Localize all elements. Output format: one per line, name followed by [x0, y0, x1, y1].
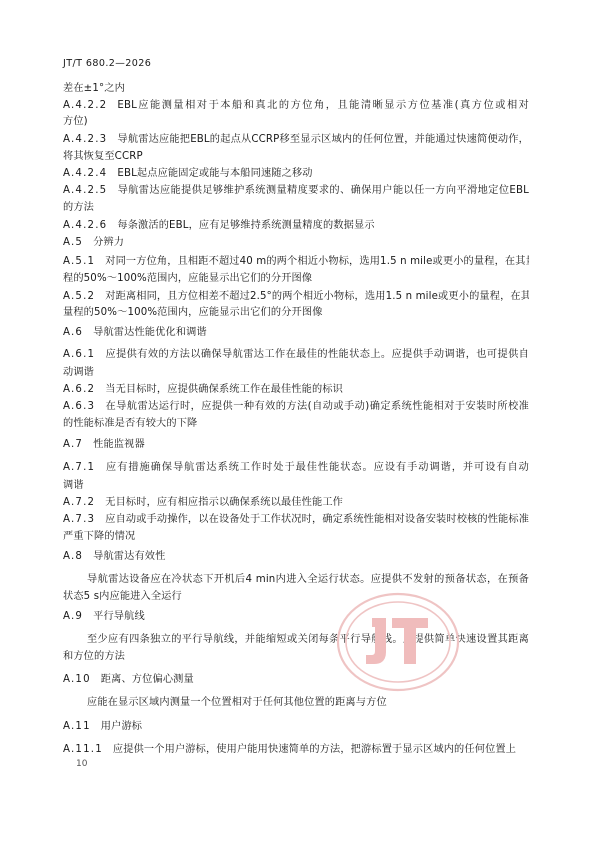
- clause-A-4-2-3: A.4.2.3导航雷达应能把EBL的起点从CCRP移至显示区域内的任何位置，并能…: [63, 133, 529, 147]
- clause-A-6-3-cont: 的性能标准是否有较大的下降: [63, 417, 529, 431]
- clause-A-5-2-cont: 量程的50%～100%范围内，应能显示出它们的分开图像: [63, 306, 529, 320]
- clause-A-4-2-3-cont: 将其恢复至CCRP: [63, 150, 529, 164]
- section-heading-A-7: A.7性能监视器: [63, 438, 529, 452]
- section-heading-A-10: A.10距离、方位偏心测量: [63, 673, 529, 687]
- section-heading-A-5: A.5分辨力: [63, 236, 529, 250]
- section-heading-A-8: A.8导航雷达有效性: [63, 550, 529, 564]
- paragraph-A-9: 至少应有四条独立的平行导航线，并能缩短或关闭每条平行导航线。应提供简单快速设置其…: [87, 633, 529, 647]
- clause-A-6-1-cont: 动调谐: [63, 366, 529, 380]
- continuation-line: 差在±1°之内: [63, 82, 529, 96]
- clause-A-7-3-cont: 严重下降的情况: [63, 530, 529, 544]
- page-number: 10: [76, 759, 87, 769]
- clause-A-4-2-5: A.4.2.5导航雷达应能提供足够维护系统测量精度要求的、确保用户能以任一方向平…: [63, 184, 529, 198]
- standard-code-header: JT/T 680.2—2026: [63, 57, 151, 71]
- clause-A-7-2: A.7.2无目标时，应有相应指示以确保系统以最佳性能工作: [63, 496, 529, 510]
- clause-A-5-2: A.5.2对距离相同，且方位相差不超过2.5°的两个相近小物标，选用1.5 n …: [63, 290, 529, 304]
- clause-A-7-1-cont: 调谐: [63, 479, 529, 493]
- clause-A-7-1: A.7.1应有措施确保导航雷达系统工作时处于最佳性能状态。应设有手动调谐，并可设…: [63, 461, 529, 475]
- paragraph-A-9-cont: 和方位的方法: [63, 650, 529, 664]
- paragraph-A-10: 应能在显示区域内测量一个位置相对于任何其他位置的距离与方位: [87, 696, 529, 710]
- clause-A-6-1: A.6.1应提供有效的方法以确保导航雷达工作在最佳的性能状态上。应提供手动调谐，…: [63, 348, 529, 362]
- document-page: JT/T 680.2—2026 差在±1°之内 A.4.2.2EBL应能测量相对…: [0, 0, 596, 842]
- section-heading-A-6: A.6导航雷达性能优化和调谐: [63, 326, 529, 340]
- paragraph-A-8-cont: 状态5 s内应能进入全运行: [63, 590, 529, 604]
- clause-A-4-2-5-cont: 的方法: [63, 201, 529, 215]
- section-heading-A-9: A.9平行导航线: [63, 610, 529, 624]
- clause-A-4-2-6: A.4.2.6每条激活的EBL，应有足够维持系统测量精度的数据显示: [63, 219, 529, 233]
- section-heading-A-11: A.11用户游标: [63, 720, 529, 734]
- clause-A-7-3: A.7.3应自动或手动操作，以在设备处于工作状况时，确定系统性能相对设备安装时校…: [63, 513, 529, 527]
- clause-A-5-1-cont: 程的50%～100%范围内，应能显示出它们的分开图像: [63, 272, 529, 286]
- clause-A-5-1: A.5.1对同一方位角，且相距不超过40 m的两个相近小物标，选用1.5 n m…: [63, 255, 529, 269]
- clause-A-4-2-4: A.4.2.4EBL起点应能固定或能与本船同速随之移动: [63, 167, 529, 181]
- paragraph-A-8: 导航雷达设备应在冷状态下开机后4 min内进入全运行状态。应提供不发射的预备状态…: [87, 573, 529, 587]
- clause-A-4-2-2-cont: 方位): [63, 115, 529, 129]
- clause-A-6-2: A.6.2当无目标时，应提供确保系统工作在最佳性能的标识: [63, 383, 529, 397]
- clause-A-4-2-2: A.4.2.2EBL应能测量相对于本船和真北的方位角，且能清晰显示方位基准(真方…: [63, 99, 529, 113]
- clause-A-11-1: A.11.1应提供一个用户游标，使用户能用快速简单的方法，把游标置于显示区域内的…: [63, 743, 529, 757]
- clause-A-6-3: A.6.3在导航雷达运行时，应提供一种有效的方法(自动或手动)确定系统性能相对于…: [63, 400, 529, 414]
